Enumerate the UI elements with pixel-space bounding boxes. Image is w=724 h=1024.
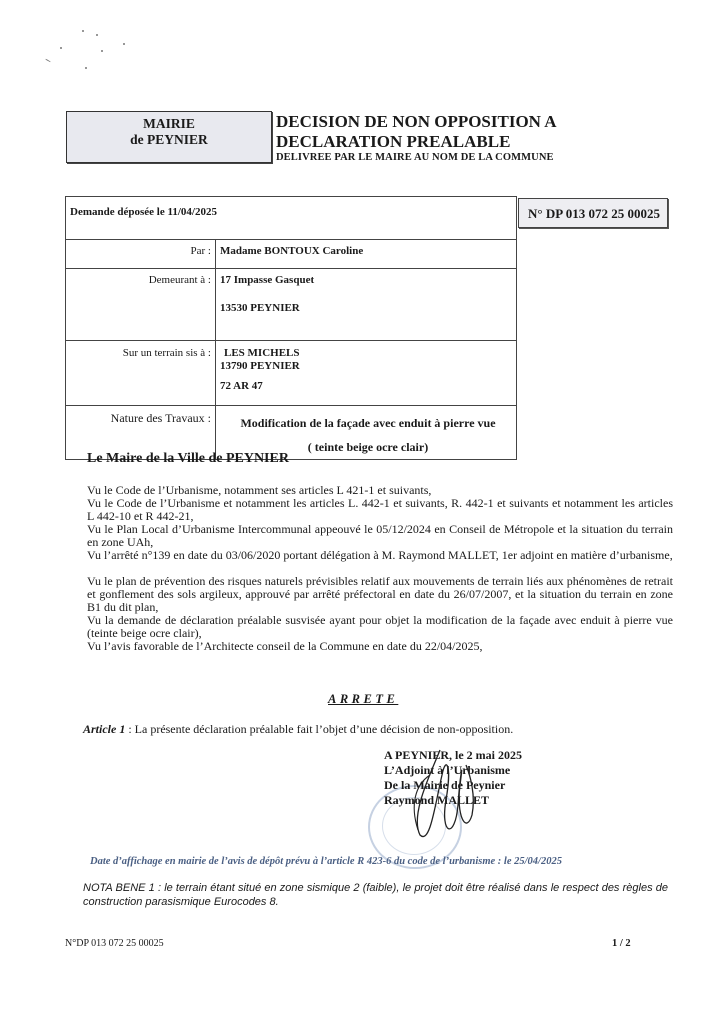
row-label: Par : (66, 240, 216, 269)
maire-heading: Le Maire de la Ville de PEYNIER (87, 451, 289, 467)
dossier-number: N° DP 013 072 25 00025 (518, 198, 668, 228)
demande-deposee: Demande déposée le 11/04/2025 (66, 197, 517, 240)
row-label: Sur un terrain sis à : (66, 341, 216, 406)
mairie-box: MAIRIE de PEYNIER (66, 111, 272, 163)
address-line: 17 Impasse Gasquet (220, 274, 516, 286)
considerant: Vu l’avis favorable de l’Architecte cons… (87, 640, 673, 653)
applicant-name: Madame BONTOUX Caroline (216, 240, 517, 269)
table-row: Sur un terrain sis à : LES MICHELS 13790… (66, 341, 517, 406)
article-1: Article 1 : La présente déclaration préa… (83, 722, 513, 737)
table-row: Par : Madame BONTOUX Caroline (66, 240, 517, 269)
applicant-address: 17 Impasse Gasquet 13530 PEYNIER (216, 269, 517, 341)
scan-speck (45, 59, 51, 63)
mairie-line1: MAIRIE (67, 116, 271, 132)
considerant: Vu le Code de l’Urbanisme et notamment l… (87, 497, 673, 523)
address-line: 13530 PEYNIER (220, 302, 516, 314)
article-1-label: Article 1 (83, 722, 125, 736)
dossier-table: Demande déposée le 11/04/2025 Par : Mada… (65, 196, 517, 460)
travaux-line: Modification de la façade avec enduit à … (220, 411, 516, 435)
scan-speck (85, 67, 87, 69)
mairie-line2: de PEYNIER (67, 132, 271, 148)
terrain-line: 13790 PEYNIER (220, 360, 516, 373)
considerant: Vu le Plan Local d’Urbanisme Intercommun… (87, 523, 673, 549)
terrain-location: LES MICHELS 13790 PEYNIER 72 AR 47 (216, 341, 517, 406)
considerant: Vu l’arrêté n°139 en date du 03/06/2020 … (87, 549, 673, 562)
terrain-line: LES MICHELS (220, 347, 516, 360)
page-number: 1 / 2 (612, 938, 631, 949)
considerant: Vu la demande de déclaration préalable s… (87, 614, 673, 640)
document-title-line1: DECISION DE NON OPPOSITION A (276, 112, 557, 132)
date-affichage: Date d’affichage en mairie de l’avis de … (90, 856, 562, 867)
article-1-text: : La présente déclaration préalable fait… (125, 722, 513, 736)
scan-speck (60, 47, 62, 49)
considerant: Vu le plan de prévention des risques nat… (87, 575, 673, 614)
scan-speck (101, 50, 103, 52)
handwritten-signature (400, 745, 480, 845)
cadastre-ref: 72 AR 47 (220, 380, 516, 393)
row-label: Demeurant à : (66, 269, 216, 341)
footer-reference: N°DP 013 072 25 00025 (65, 938, 164, 949)
scan-speck (82, 30, 84, 32)
document-subtitle: DELIVREE PAR LE MAIRE AU NOM DE LA COMMU… (276, 152, 554, 163)
nota-bene: NOTA BENE 1 : le terrain étant situé en … (83, 881, 668, 909)
scan-speck (96, 34, 98, 36)
table-row: Demeurant à : 17 Impasse Gasquet 13530 P… (66, 269, 517, 341)
table-row: Demande déposée le 11/04/2025 (66, 197, 517, 240)
document-title-line2: DECLARATION PREALABLE (276, 132, 510, 152)
scan-speck (123, 43, 125, 45)
arrete-title: ARRETE (328, 692, 398, 707)
